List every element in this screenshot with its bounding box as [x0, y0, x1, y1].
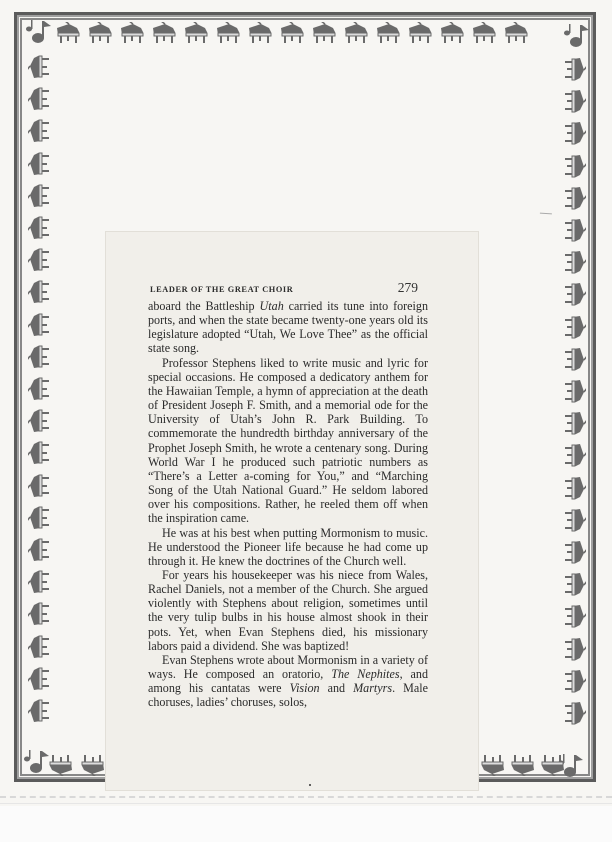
- piano-icon: [26, 603, 52, 625]
- running-head: LEADER OF THE GREAT CHOIR 279: [150, 280, 418, 296]
- piano-icon: [562, 58, 588, 80]
- book-page-clipping: LEADER OF THE GREAT CHOIR 279 aboard the…: [106, 232, 478, 790]
- piano-icon: [26, 378, 52, 400]
- piano-icon: [375, 22, 401, 44]
- piano-icon: [48, 754, 74, 776]
- pencil-mark: [540, 210, 552, 215]
- text-run: aboard the Battleship: [148, 299, 260, 313]
- piano-icon: [26, 507, 52, 529]
- piano-icon: [562, 122, 588, 144]
- piano-icon: [562, 477, 588, 499]
- piano-icon: [279, 22, 305, 44]
- piano-icon: [26, 185, 52, 207]
- piano-icon: [562, 509, 588, 531]
- piano-icon: [26, 475, 52, 497]
- text-run: Professor Stephens liked to write music …: [148, 356, 428, 526]
- piano-icon: [562, 541, 588, 563]
- piano-icon: [26, 153, 52, 175]
- piano-icon: [562, 187, 588, 209]
- paragraph: He was at his best when putting Mormonis…: [148, 526, 428, 568]
- piano-icon: [562, 251, 588, 273]
- piano-icon: [247, 22, 273, 44]
- piano-icon: [562, 348, 588, 370]
- bottom-margin: [0, 806, 612, 842]
- text-run: He was at his best when putting Mormonis…: [148, 526, 428, 568]
- paragraph: aboard the Battleship Utah carried its t…: [148, 299, 428, 356]
- piano-icon: [343, 22, 369, 44]
- piano-icon: [562, 702, 588, 724]
- piano-icon: [26, 88, 52, 110]
- piano-icon: [87, 22, 113, 44]
- running-title: LEADER OF THE GREAT CHOIR: [150, 285, 293, 294]
- piano-icon: [562, 155, 588, 177]
- paragraph: Evan Stephens wrote about Mormonism in a…: [148, 653, 428, 710]
- italic-title: The Nephites: [331, 667, 399, 681]
- piano-icon: [510, 754, 536, 776]
- piano-icon: [540, 754, 566, 776]
- piano-icon: [26, 410, 52, 432]
- piano-icon: [55, 22, 81, 44]
- piano-icon: [439, 22, 465, 44]
- piano-icon: [151, 22, 177, 44]
- piano-icon: [311, 22, 337, 44]
- piano-icon: [26, 314, 52, 336]
- piano-icon: [26, 56, 52, 78]
- piano-icon: [26, 217, 52, 239]
- piano-icon: [183, 22, 209, 44]
- italic-title: Utah: [260, 299, 284, 313]
- speck: [309, 784, 311, 786]
- piano-icon: [480, 754, 506, 776]
- piano-icon: [562, 412, 588, 434]
- sheet-edge: [0, 803, 612, 804]
- piano-icon: [26, 539, 52, 561]
- piano-icon: [80, 754, 106, 776]
- piano-icon: [26, 346, 52, 368]
- piano-icon: [26, 442, 52, 464]
- body-text: aboard the Battleship Utah carried its t…: [148, 299, 428, 710]
- piano-icon: [562, 638, 588, 660]
- text-run: and: [320, 681, 354, 695]
- music-note-icon: [24, 18, 54, 48]
- text-run: For years his housekeeper was his niece …: [148, 568, 428, 653]
- piano-icon: [119, 22, 145, 44]
- music-note-icon: [562, 22, 592, 52]
- piano-icon: [26, 249, 52, 271]
- page-number: 279: [398, 280, 418, 296]
- italic-title: Vision: [290, 681, 320, 695]
- paragraph: Professor Stephens liked to write music …: [148, 356, 428, 526]
- piano-icon: [26, 636, 52, 658]
- piano-icon: [562, 605, 588, 627]
- piano-icon: [562, 444, 588, 466]
- piano-icon: [471, 22, 497, 44]
- piano-icon: [407, 22, 433, 44]
- paragraph: For years his housekeeper was his niece …: [148, 568, 428, 653]
- piano-icon: [26, 668, 52, 690]
- piano-icon: [503, 22, 529, 44]
- piano-icon: [26, 120, 52, 142]
- perforation-line: [0, 796, 612, 798]
- piano-icon: [26, 571, 52, 593]
- piano-icon: [562, 90, 588, 112]
- piano-icon: [26, 281, 52, 303]
- piano-icon: [562, 670, 588, 692]
- piano-icon: [562, 573, 588, 595]
- piano-icon: [562, 316, 588, 338]
- piano-icon: [215, 22, 241, 44]
- piano-icon: [562, 219, 588, 241]
- piano-icon: [562, 283, 588, 305]
- scrapbook-sheet: LEADER OF THE GREAT CHOIR 279 aboard the…: [0, 0, 612, 842]
- italic-title: Martyrs: [353, 681, 392, 695]
- piano-icon: [26, 700, 52, 722]
- piano-icon: [562, 380, 588, 402]
